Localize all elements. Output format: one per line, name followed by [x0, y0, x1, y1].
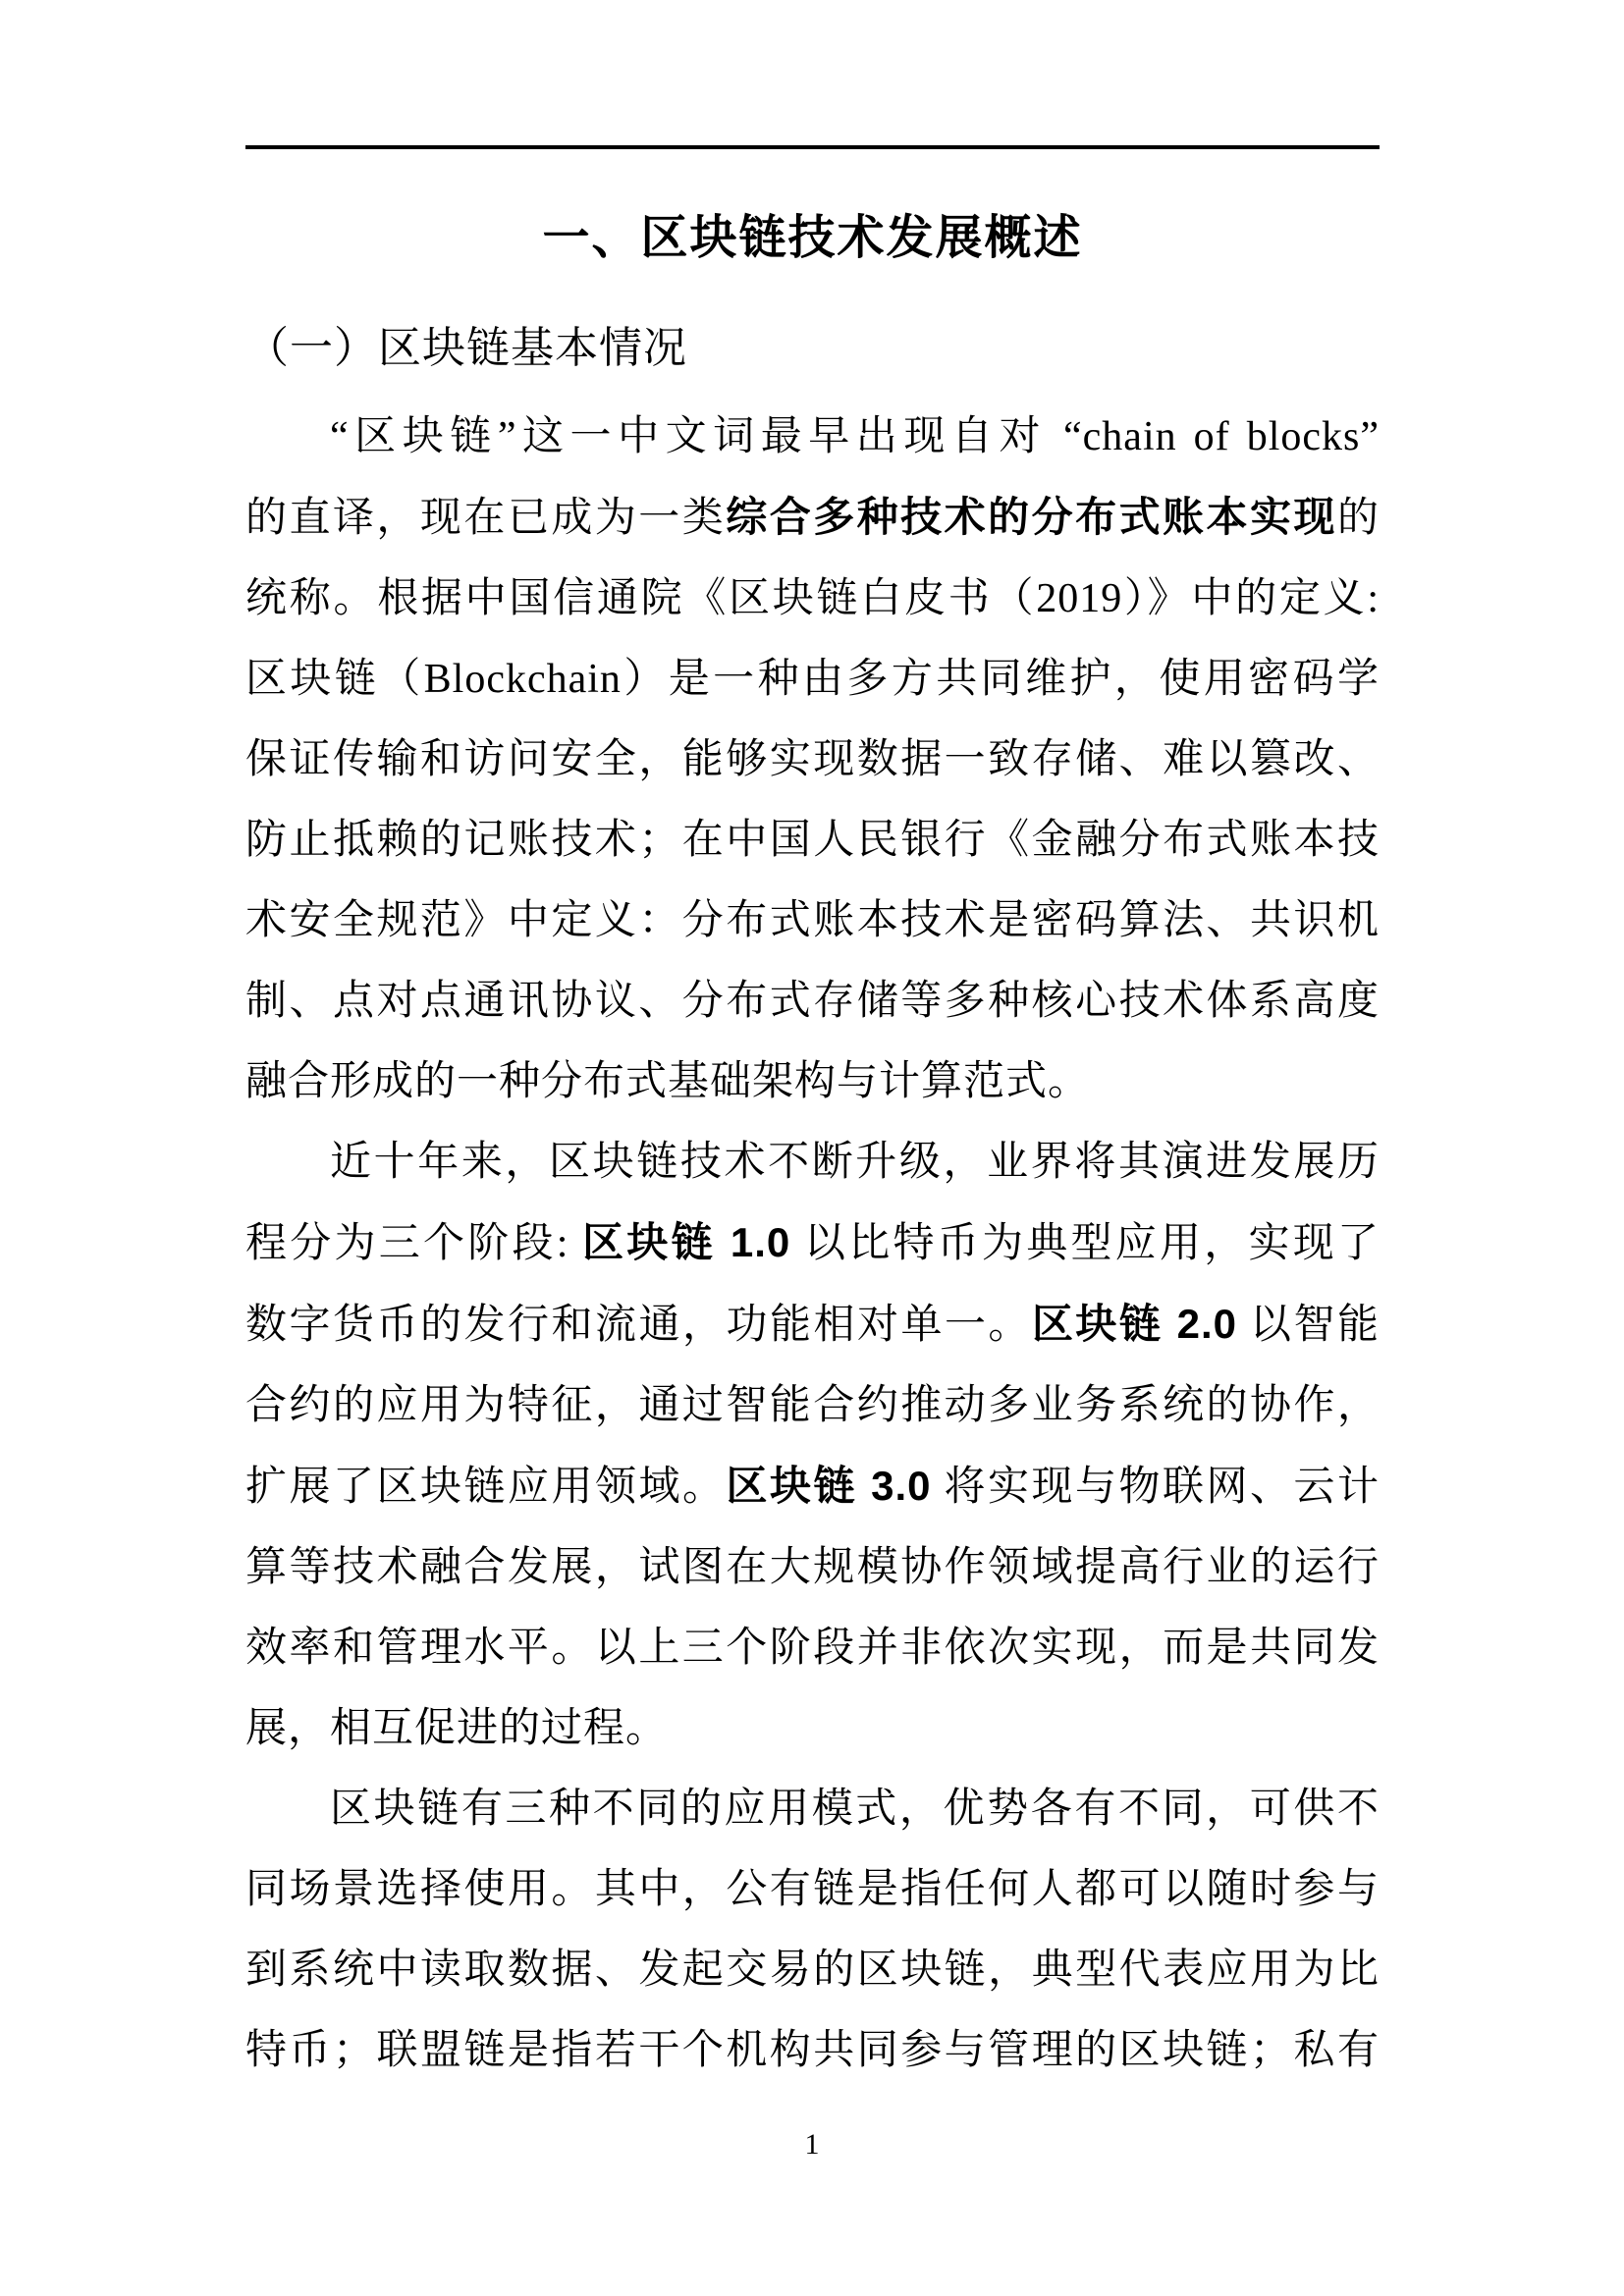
- document-page: 一、区块链技术发展概述 （一）区块链基本情况 “区块链”这一中文词最早出现自对 …: [0, 0, 1624, 2296]
- text-line: 效率和管理水平。以上三个阶段并非依次实现，而是共同发: [245, 1608, 1380, 1688]
- text-run: 区块链有三种不同的应用模式，优势各有不同，可供不: [330, 1787, 1380, 1832]
- text-run: 数字货币的发行和流通，功能相对单一。: [245, 1303, 1032, 1348]
- text-run: 近十年来，区块链技术不断升级，业界将其演进发展历: [330, 1140, 1380, 1185]
- text-line: 制、点对点通讯协议、分布式存储等多种核心技术体系高度: [245, 961, 1380, 1041]
- text-run: 保证传输和访问安全，能够实现数据一致存储、难以篡改、: [245, 737, 1380, 782]
- text-line: 展，相互促进的过程。: [245, 1688, 1380, 1769]
- text-run: 制、点对点通讯协议、分布式存储等多种核心技术体系高度: [245, 979, 1380, 1024]
- bold-run: 区块链 1.0: [582, 1219, 790, 1265]
- text-run: “区块链”这一中文词最早出现自对 “chain of blocks”: [330, 414, 1380, 459]
- text-line: 程分为三个阶段: 区块链 1.0 以比特币为典型应用，实现了: [245, 1202, 1380, 1284]
- text-run: 防止抵赖的记账技术；在中国人民银行《金融分布式账本技: [245, 818, 1380, 863]
- page-number: 1: [0, 2120, 1624, 2169]
- text-line: 区块链有三种不同的应用模式，优势各有不同，可供不: [245, 1769, 1380, 1849]
- text-line: 近十年来，区块链技术不断升级，业界将其演进发展历: [245, 1122, 1380, 1202]
- text-line: 保证传输和访问安全，能够实现数据一致存储、难以篡改、: [245, 720, 1380, 800]
- paragraph: 区块链有三种不同的应用模式，优势各有不同，可供不同场景选择使用。其中，公有链是指…: [245, 1769, 1380, 2091]
- text-run: 将实现与物联网、云计: [932, 1465, 1380, 1510]
- text-line: 统称。根据中国信通院《区块链白皮书（2019）》中的定义:: [245, 559, 1380, 639]
- paragraph: 近十年来，区块链技术不断升级，业界将其演进发展历程分为三个阶段: 区块链 1.0…: [245, 1122, 1380, 1769]
- text-run: 统称。根据中国信通院《区块链白皮书（2019）》中的定义:: [245, 576, 1380, 621]
- text-run: 算等技术融合发展，试图在大规模协作领域提高行业的运行: [245, 1545, 1380, 1590]
- text-run: 合约的应用为特征，通过智能合约推动多业务系统的协作，: [245, 1383, 1380, 1428]
- bold-run: 区块链 3.0: [726, 1463, 931, 1509]
- text-run: 到系统中读取数据、发起交易的区块链，典型代表应用为比: [245, 1948, 1380, 1993]
- text-line: 防止抵赖的记账技术；在中国人民银行《金融分布式账本技: [245, 800, 1380, 881]
- text-run: 术安全规范》中定义：分布式账本技术是密码算法、共识机: [245, 898, 1380, 943]
- text-line: 特币；联盟链是指若干个机构共同参与管理的区块链；私有: [245, 2010, 1380, 2091]
- text-run: 同场景选择使用。其中，公有链是指任何人都可以随时参与: [245, 1867, 1380, 1912]
- text-run: 扩展了区块链应用领域。: [245, 1465, 726, 1510]
- text-line: 术安全规范》中定义：分布式账本技术是密码算法、共识机: [245, 881, 1380, 961]
- page-content: 一、区块链技术发展概述 （一）区块链基本情况 “区块链”这一中文词最早出现自对 …: [245, 0, 1380, 2091]
- text-line: 同场景选择使用。其中，公有链是指任何人都可以随时参与: [245, 1849, 1380, 1930]
- text-run: 区块链（Blockchain）是一种由多方共同维护，使用密码学: [245, 657, 1380, 702]
- text-run: 的: [1337, 496, 1380, 541]
- text-run: 的直译，现在已成为一类: [245, 496, 726, 541]
- text-run: 融合形成的一种分布式基础架构与计算范式。: [245, 1059, 1090, 1104]
- text-run: 特币；联盟链是指若干个机构共同参与管理的区块链；私有: [245, 2028, 1380, 2073]
- text-line: 区块链（Blockchain）是一种由多方共同维护，使用密码学: [245, 639, 1380, 720]
- text-run: 展，相互促进的过程。: [245, 1706, 668, 1751]
- text-line: 算等技术融合发展，试图在大规模协作领域提高行业的运行: [245, 1527, 1380, 1608]
- bold-run: 区块链 2.0: [1032, 1301, 1237, 1347]
- section-heading: （一）区块链基本情况: [245, 319, 1380, 378]
- text-run: 以比特币为典型应用，实现了: [790, 1221, 1380, 1266]
- text-run: 效率和管理水平。以上三个阶段并非依次实现，而是共同发: [245, 1626, 1380, 1671]
- paragraph: “区块链”这一中文词最早出现自对 “chain of blocks”的直译，现在…: [245, 397, 1380, 1122]
- paragraphs: “区块链”这一中文词最早出现自对 “chain of blocks”的直译，现在…: [245, 397, 1380, 2091]
- text-line: 的直译，现在已成为一类综合多种技术的分布式账本实现的: [245, 477, 1380, 559]
- page-title: 一、区块链技术发展概述: [245, 201, 1380, 275]
- text-line: 到系统中读取数据、发起交易的区块链，典型代表应用为比: [245, 1930, 1380, 2010]
- text-run: 以智能: [1237, 1303, 1380, 1348]
- bold-run: 综合多种技术的分布式账本实现: [726, 494, 1337, 540]
- text-line: “区块链”这一中文词最早出现自对 “chain of blocks”: [245, 397, 1380, 477]
- text-run: 程分为三个阶段:: [245, 1221, 582, 1266]
- text-line: 融合形成的一种分布式基础架构与计算范式。: [245, 1041, 1380, 1122]
- text-line: 合约的应用为特征，通过智能合约推动多业务系统的协作，: [245, 1365, 1380, 1446]
- text-line: 扩展了区块链应用领域。区块链 3.0 将实现与物联网、云计: [245, 1446, 1380, 1527]
- text-line: 数字货币的发行和流通，功能相对单一。区块链 2.0 以智能: [245, 1284, 1380, 1365]
